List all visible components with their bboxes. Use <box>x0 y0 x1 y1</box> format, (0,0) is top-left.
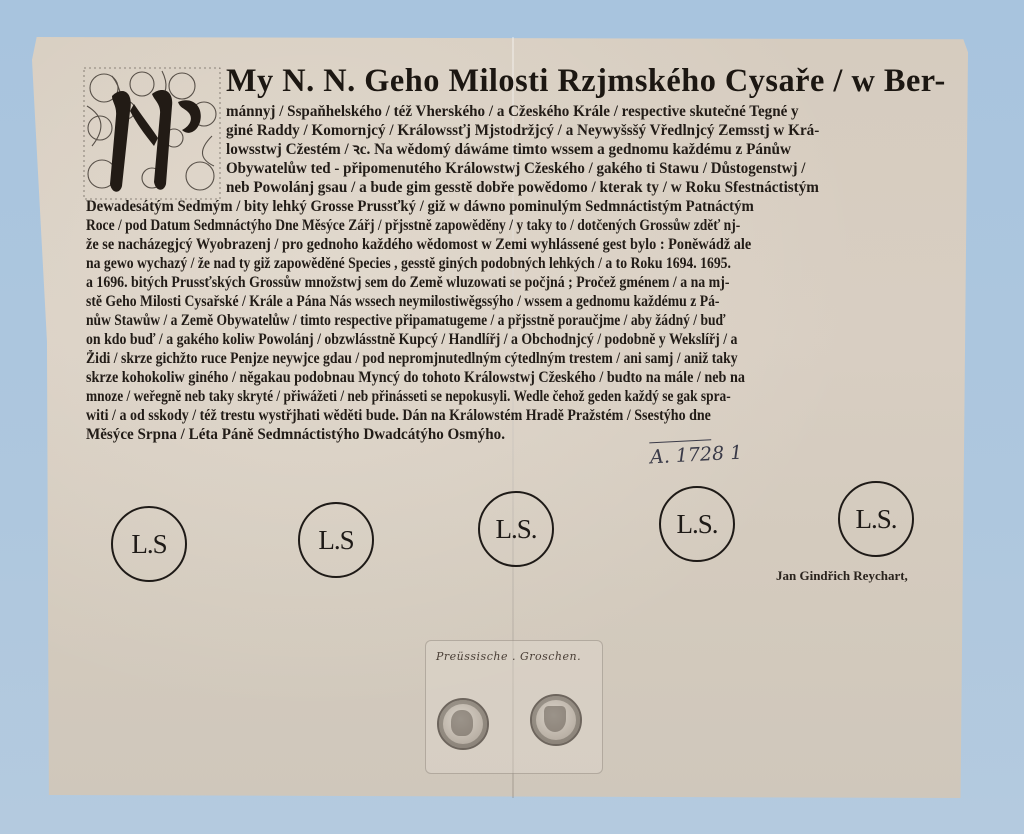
body-line: lowsstwj Cžestém / ꝛc. Na wědomý dáwáme … <box>226 141 791 159</box>
seal-locus-sigilli: L.S. <box>478 491 554 567</box>
body-line: stě Geho Milosti Cysařské / Krále a Pána… <box>86 293 719 311</box>
body-line: on kdo buď / a gakého koliw Powolánj / o… <box>86 331 737 349</box>
decorated-initial-letter-icon <box>82 66 222 201</box>
seal-locus-sigilli: L.S <box>111 506 187 582</box>
seal-locus-sigilli: L.S. <box>659 486 735 562</box>
coin-obverse-icon <box>437 698 489 750</box>
body-line: neb Powolánj gsau / a bude gim gesstě do… <box>226 179 819 197</box>
body-line: a 1696. bitých Prussťských Grossůw množs… <box>86 274 729 292</box>
body-line: giné Raddy / Komornjcý / Králowssťj Mjst… <box>226 122 819 140</box>
body-line: Měsýce Srpna / Léta Páně Sedmnáctistýho … <box>86 426 505 444</box>
body-line: mnoze / weřegně neb taky skryté / přiwáž… <box>86 388 731 406</box>
body-line: nůw Stawůw / a Země Obywatelůw / timto r… <box>86 312 725 330</box>
body-line: Židi / skrze gichžto ruce Penjze neywjce… <box>86 350 738 368</box>
body-line: Obywatelůw ted - připomenutého Králowstw… <box>226 160 805 178</box>
body-line: že se nacházegjcý Wyobrazenj / pro gedno… <box>86 236 751 254</box>
body-line: skrze kohokoliw giného / něgakau podobna… <box>86 369 745 387</box>
body-line: na gewo wychazý / že nad ty giž zapowědě… <box>86 255 731 273</box>
seal-locus-sigilli: L.S <box>298 502 374 578</box>
body-line: witi / a od sskody / též trestu wystřjha… <box>86 407 711 425</box>
body-line: Roce / pod Datum Sedmnáctýho Dne Měsýce … <box>86 217 740 235</box>
coin-reverse-icon <box>530 694 582 746</box>
body-line: mánnyj / Sspaňhelského / též Vherského /… <box>226 103 799 121</box>
coin-panel-label: Preüssische . Groschen. <box>436 650 581 663</box>
seal-locus-sigilli: L.S. <box>838 481 914 557</box>
body-line: Dewadesátým Sedmým / bity lehký Grosse P… <box>86 198 754 216</box>
proclamation-heading: My N. N. Geho Milosti Rzjmského Cysaře /… <box>226 62 951 100</box>
signatory-name: Jan Gindřich Reychart, <box>776 568 908 584</box>
